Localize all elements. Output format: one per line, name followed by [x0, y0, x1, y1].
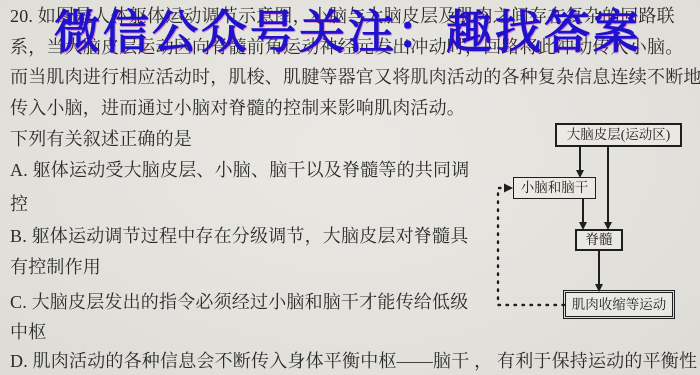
- exam-page-scan: 20. 如图是人体躯体运动调节示意图，小脑与大脑皮层及肌肉之间存在复杂的回路联 …: [0, 0, 700, 375]
- option-b-line-2: 有控制作用: [10, 256, 101, 278]
- option-a-line-1: A. 躯体运动受大脑皮层、小脑、脑干以及脊髓等的共同调: [10, 159, 469, 181]
- arrow-cortex-to-cerebellum: [576, 147, 584, 178]
- question-stem-line-4: 传入小脑，进而通过小脑对脊髓的控制来影响肌肉活动。: [10, 97, 465, 119]
- watermark-text: 微信公众号关注：趣找答案: [54, 8, 642, 56]
- question-stem-line-3: 而当肌肉进行相应活动时，肌梭、肌腱等器官又将肌肉活动的各种复杂信息连续不断地: [10, 66, 700, 88]
- option-a-line-2: 控: [10, 193, 28, 215]
- option-c-line-1: C. 大脑皮层发出的指令必须经过小脑和脑干才能传给低级: [10, 291, 468, 313]
- arrow-cortex-to-spinal-cord: [604, 147, 612, 230]
- diagram-box-cerebellum-brainstem: 小脑和脑干: [513, 177, 596, 199]
- option-d-line: D. 肌肉活动的各种信息会不断传入身体平衡中枢——脑干 ， 有利于保持运动的平衡…: [10, 350, 697, 372]
- question-prompt: 下列有关叙述正确的是: [10, 128, 192, 150]
- diagram-box-spinal-cord: 脊髓: [575, 229, 623, 251]
- option-c-line-2: 中枢: [10, 321, 46, 343]
- diagram-box-muscle-movement: 肌肉收缩等运动: [565, 292, 673, 317]
- arrow-muscle-feedback-to-cerebellum: [498, 184, 564, 306]
- diagram-box-cortex: 大脑皮层(运动区): [555, 123, 682, 147]
- arrow-spinal-cord-to-muscle: [595, 251, 603, 292]
- option-b-line-1: B. 躯体运动调节过程中存在分级调节，大脑皮层对脊髓具: [10, 225, 468, 247]
- arrow-cerebellum-to-spinal-cord: [579, 199, 587, 230]
